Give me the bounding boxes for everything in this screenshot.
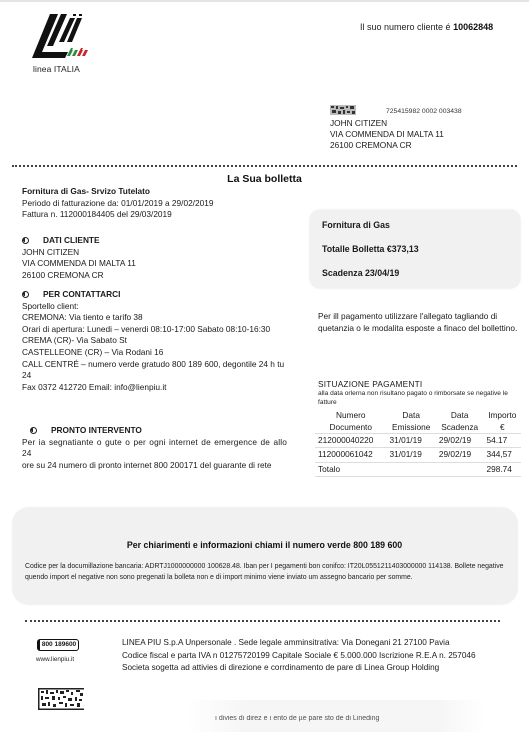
col-header-scadenza: DataScadenza — [436, 410, 484, 434]
payments-title: SITUAZIONE PAGAMENTI — [318, 379, 422, 390]
bill-service: Fornitura di Gas- Srvizo Tutelato — [22, 186, 292, 198]
contacts-line: Sportello client: — [22, 301, 292, 313]
bill-info: Fornitura di Gas- Srvizo Tutelato Period… — [22, 186, 292, 221]
contacts-line: CREMA (CR)- Via Sabato St — [22, 335, 292, 347]
client-name: JOHN CITIZEN — [22, 247, 292, 259]
website: www.lienpiu.it — [36, 656, 74, 665]
payment-info: Per ill pagamento utilizzare l'allegato … — [318, 310, 518, 335]
company-line: Societa sogetta ad attivies di direzione… — [122, 662, 522, 675]
contacts-heading: PER CONTATTARCI — [22, 289, 292, 301]
company-info: LINEA PIU S.p.A Unpersonale . Sede legal… — [122, 637, 522, 675]
contacts-line: CALL CENTRÉ – numero verde gratudo 800 1… — [22, 359, 292, 382]
client-street: VIA COMMENDA DI MALTA 11 — [22, 258, 292, 270]
divider-top — [12, 165, 517, 167]
contacts-line: Orari di apertura: Lunedi – venerdi 08:1… — [22, 324, 292, 336]
section-bullet-icon — [22, 291, 29, 298]
payments-header-row: NumeroDocumento DataEmissione DataScaden… — [315, 410, 521, 434]
emergency-text-2: ore su 24 numero di pronto internet 800 … — [22, 460, 287, 472]
cell-document: 112000061042 — [315, 448, 387, 462]
contacts-section: PER CONTATTARCI Sportello client: CREMON… — [22, 289, 292, 393]
contacts-line: CASTELLEONE (CR) – Via Rodani 16 — [22, 347, 292, 359]
client-data-heading: DATI CLIENTE — [22, 235, 292, 247]
payments-subtitle: alla data orlerna non risultano pagato o… — [318, 390, 518, 408]
payments-table: NumeroDocumento DataEmissione DataScaden… — [315, 410, 521, 477]
section-bullet-icon — [22, 237, 29, 244]
col-header-emissione: DataEmissione — [387, 410, 436, 434]
cell-document: 212000040220 — [315, 434, 387, 448]
cell-issue-date: 31/01/19 — [387, 448, 436, 462]
col-header-importo: Importo€ — [484, 410, 521, 434]
divider-bottom — [25, 620, 500, 622]
recipient-address: JOHN CITIZEN VIA COMMENDA DI MALTA 11 26… — [330, 118, 444, 151]
summary-due-date: Scadenza 23/04/19 — [322, 268, 508, 280]
summary-total: Totalle Bolletta €373,13 — [322, 244, 508, 256]
barcode-code: 725415982 0002 003438 — [386, 107, 462, 116]
bill-summary-box: Fornitura di Gas Totalle Bolletta €373,1… — [310, 210, 520, 288]
postal-barcode-icon — [330, 105, 356, 115]
cell-due-date: 29/02/19 — [436, 448, 484, 462]
company-line: LINEA PIU S.p.A Unpersonale . Sede legal… — [122, 637, 522, 650]
col-header-documento: NumeroDocumento — [315, 410, 387, 434]
recipient-city: 26100 CREMONA CR — [330, 140, 444, 151]
contacts-heading-text: PER CONTATTARCI — [43, 289, 120, 301]
cell-amount: 344,57 — [484, 448, 521, 462]
logo-text: linea ITALIA — [33, 64, 80, 75]
client-data-heading-text: DATI CLIENTE — [43, 235, 100, 247]
summary-supply: Fornitura di Gas — [322, 220, 508, 232]
phone-badge: 800 189600 — [37, 639, 79, 651]
emergency-section: PRONTO INTERVENTO Per ia segnatiante o g… — [22, 425, 287, 471]
total-value: 298.74 — [484, 462, 521, 476]
datamatrix-code-icon — [38, 688, 84, 710]
bill-invoice: Fattura n. 112000184405 del 29/03/2019 — [22, 209, 292, 221]
cell-due-date: 29/02/19 — [436, 434, 484, 448]
recipient-street: VIA COMMENDA DI MALTA 11 — [330, 129, 444, 140]
info-box-text: Codice per la documillazione bancaria: A… — [25, 562, 515, 583]
table-row: 112000061042 31/01/19 29/02/19 344,57 — [315, 448, 521, 462]
client-number-line: Il suo numero cliente é 10062848 — [360, 21, 493, 33]
contacts-line: Fax 0372 412720 Email: info@lienpiu.it — [22, 382, 292, 394]
table-row: 212000040220 31/01/19 29/02/19 54.17 — [315, 434, 521, 448]
bill-title: La Sua bolletta — [0, 172, 529, 186]
faded-footer-text: ı divies dı direz e ı ento de µe pare st… — [215, 714, 379, 723]
cell-amount: 54.17 — [484, 434, 521, 448]
contacts-line: CREMONA: Via tiento e tarifo 38 — [22, 312, 292, 324]
cell-issue-date: 31/01/19 — [387, 434, 436, 448]
emergency-text-1: Per ia segnatiante o gute o per ogni int… — [22, 437, 287, 460]
client-number: 10062848 — [453, 22, 493, 32]
section-bullet-icon — [30, 427, 37, 434]
emergency-heading: PRONTO INTERVENTO — [30, 425, 287, 437]
client-number-label: Il suo numero cliente é — [360, 22, 451, 32]
info-box-title: Per chiarimenti e informazioni chiami il… — [0, 540, 529, 552]
client-data-section: DATI CLIENTE JOHN CITIZEN VIA COMMENDA D… — [22, 235, 292, 281]
top-border — [0, 0, 529, 2]
info-box — [13, 508, 517, 604]
table-total-row: Totalo 298.74 — [315, 462, 521, 476]
company-line: Codice fiscal e parta IVA n 01275720199 … — [122, 650, 522, 663]
recipient-name: JOHN CITIZEN — [330, 118, 444, 129]
client-city: 26100 CREMONA CR — [22, 270, 292, 282]
total-label: Totalo — [315, 462, 387, 476]
emergency-heading-text: PRONTO INTERVENTO — [51, 425, 142, 437]
bill-period: Periodo di fatturazione da: 01/01/2019 a… — [22, 198, 292, 210]
